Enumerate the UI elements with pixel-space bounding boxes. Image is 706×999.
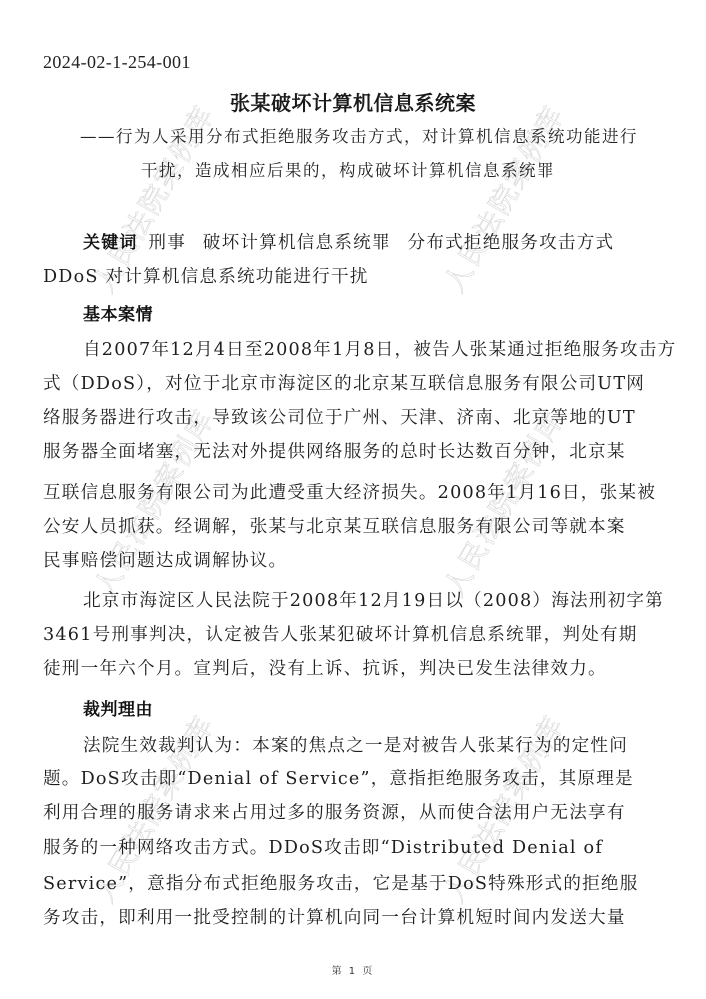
paragraph-line: 北京市海淀区人民法院于2008年12月19日以（2008）海法刑初字第 [83,590,664,612]
keywords-line-1: 关键词 刑事 破坏计算机信息系统罪 分布式拒绝服务攻击方式 [83,232,624,254]
section-heading-basic-facts: 基本案情 [83,300,153,325]
paragraph-line: 互联信息服务有限公司为此遭受重大经济损失。2008年1月16日，张某被 [43,482,656,504]
subtitle-line-2: 干扰，造成相应后果的，构成破坏计算机信息系统罪 [141,157,555,181]
paragraph-line: 式（DDoS），对位于北京市海淀区的北京某互联信息服务有限公司UT网 [43,373,645,395]
page-number: 第 1 页 [0,962,706,977]
keyword-tag: 分布式拒绝服务攻击方式 [408,233,615,253]
keyword-tag: 破坏计算机信息系统罪 [203,233,391,253]
keywords-label: 关键词 [83,233,138,253]
subtitle-line-1: ——行为人采用分布式拒绝服务攻击方式，对计算机信息系统功能进行 [80,123,638,147]
paragraph-line: 服务的一种网络攻击方式。DDoS攻击即“Distributed Denial o… [43,837,603,859]
keywords-line-2: DDoS 对计算机信息系统功能进行干扰 [43,266,369,288]
paragraph-line: 自2007年12月4日至2008年1月8日，被告人张某通过拒绝服务攻击方 [83,339,676,361]
paragraph-line: 利用合理的服务请求来占用过多的服务资源，从而使合法用户无法享有 [43,802,626,824]
paragraph-line: 民事赔偿问题达成调解协议。 [43,550,287,572]
case-id: 2024-02-1-254-001 [43,52,191,73]
paragraph-line: 法院生效裁判认为：本案的焦点之一是对被告人张某行为的定性问 [83,735,628,757]
paragraph-line: 徒刑一年六个月。宣判后，没有上诉、抗诉，判决已发生法律效力。 [43,658,607,680]
paragraph-line: 络服务器进行攻击，导致该公司位于广州、天津、济南、北京等地的UT [43,407,636,429]
paragraph-line: 3461号刑事判决，认定被告人张某犯破坏计算机信息系统罪，判处有期 [43,624,638,646]
keyword-tag: 刑事 [148,233,186,253]
section-heading-reasoning: 裁判理由 [83,695,153,720]
page-title: 张某破坏计算机信息系统案 [0,87,706,116]
paragraph-line: Service”，意指分布式拒绝服务攻击，它是基于DoS特殊形式的拒绝服 [43,873,639,895]
paragraph-line: 务攻击，即利用一批受控制的计算机向同一台计算机短时间内发送大量 [43,907,626,929]
document-page: 人民法院案例库 人民法院案例库 人民法院案例库 人民法院案例库 人民法院案例库 … [0,0,706,999]
paragraph-line: 题。DoS攻击即“Denial of Service”，意指拒绝服务攻击，其原理… [43,768,634,790]
paragraph-line: 公安人员抓获。经调解，张某与北京某互联信息服务有限公司等就本案 [43,516,626,538]
paragraph-line: 服务器全面堵塞，无法对外提供网络服务的总时长达数百分钟，北京某 [43,441,626,463]
